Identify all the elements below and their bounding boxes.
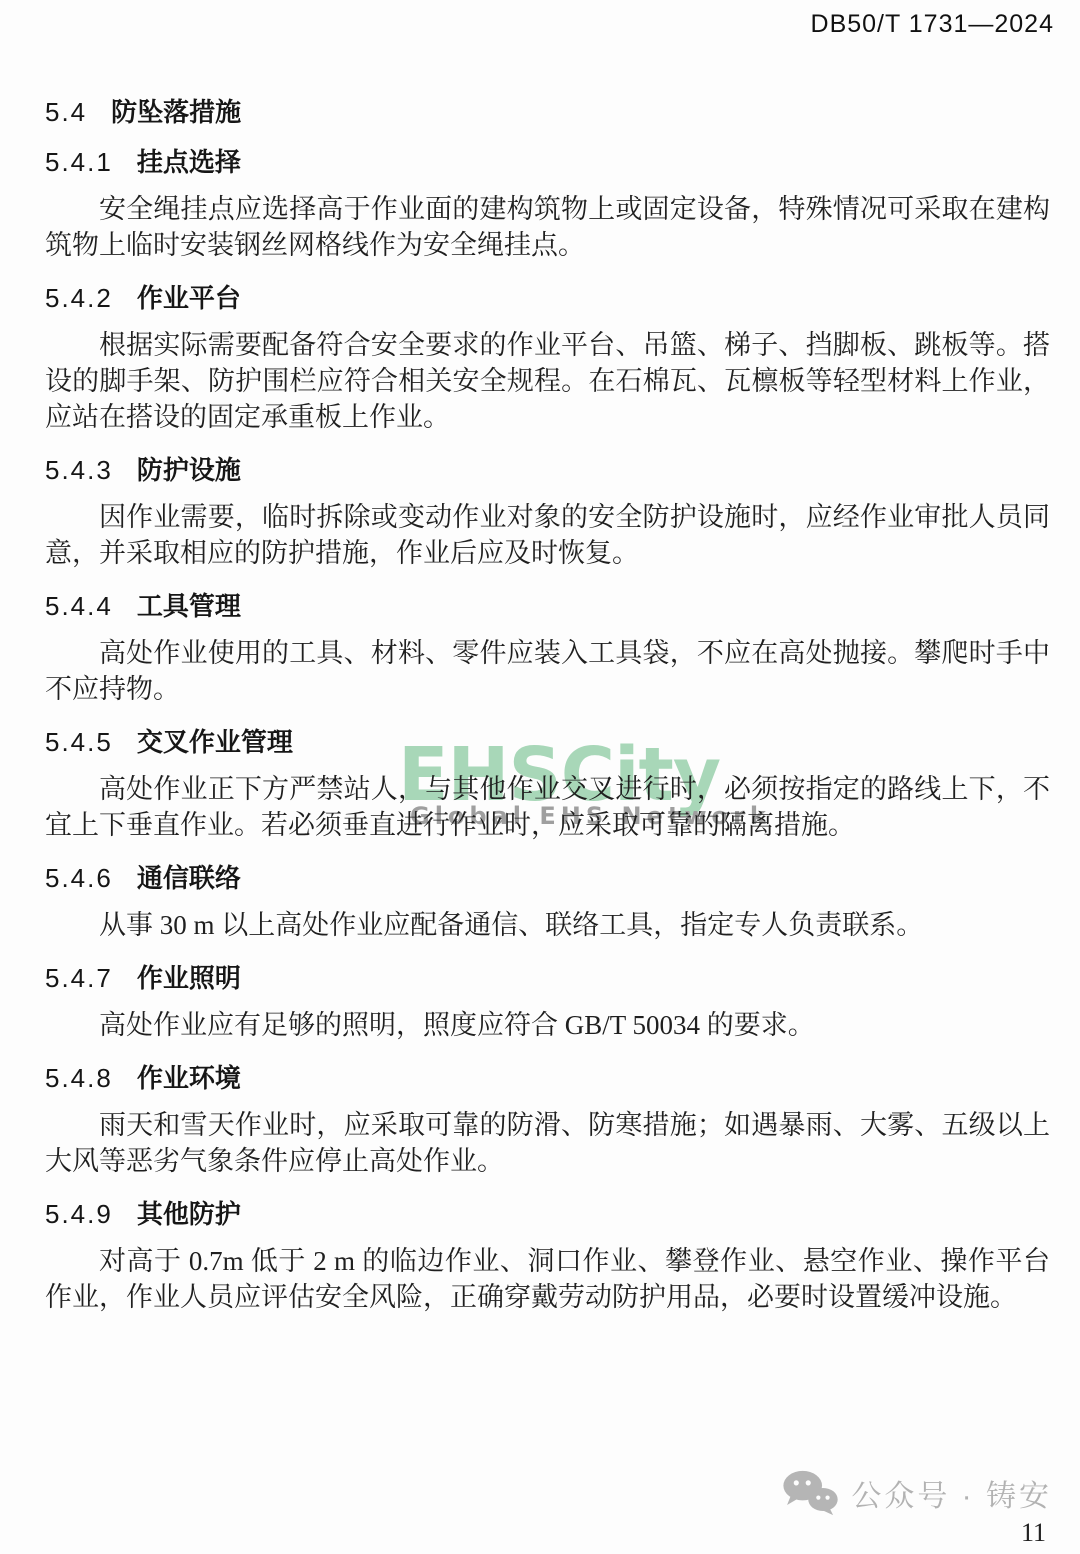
section-paragraph: 根据实际需要配备符合安全要求的作业平台、吊篮、梯子、挡脚板、跳板等。搭设的脚手架… <box>45 327 1050 435</box>
section-title: 作业环境 <box>137 1063 241 1093</box>
section-number: 5.4.8 <box>45 1063 113 1093</box>
section-heading: 5.4.2作业平台 <box>45 283 1050 313</box>
section-title: 交叉作业管理 <box>137 727 293 757</box>
section-paragraph: 高处作业使用的工具、材料、零件应装入工具袋，不应在高处抛接。攀爬时手中不应持物。 <box>45 635 1050 707</box>
section-number: 5.4.1 <box>45 147 113 177</box>
section-heading: 5.4.9其他防护 <box>45 1199 1050 1229</box>
section-heading: 5.4.1挂点选择 <box>45 147 1050 177</box>
section-title: 挂点选择 <box>137 147 241 177</box>
page-number: 11 <box>781 1518 1052 1548</box>
wechat-icon <box>781 1470 841 1516</box>
section-title: 其他防护 <box>137 1199 241 1229</box>
section-heading: 5.4.5交叉作业管理 <box>45 727 1050 757</box>
section-number: 5.4 <box>45 97 87 127</box>
section-heading: 5.4.7作业照明 <box>45 963 1050 993</box>
wechat-badge: 公众号 · 铸安 <box>781 1470 1052 1516</box>
doc-number: DB50/T 1731—2024 <box>811 10 1054 38</box>
section-paragraph: 安全绳挂点应选择高于作业面的建构筑物上或固定设备，特殊情况可采取在建构筑物上临时… <box>45 191 1050 263</box>
section-paragraph: 雨天和雪天作业时，应采取可靠的防滑、防寒措施；如遇暴雨、大雾、五级以上大风等恶劣… <box>45 1107 1050 1179</box>
section-paragraph: 对高于 0.7m 低于 2 m 的临边作业、洞口作业、攀登作业、悬空作业、操作平… <box>45 1243 1050 1315</box>
section-paragraph: 因作业需要，临时拆除或变动作业对象的安全防护设施时，应经作业审批人员同意，并采取… <box>45 499 1050 571</box>
wechat-account-label: 公众号 · 铸安 <box>851 1471 1052 1515</box>
document-page: DB50/T 1731—2024 EHSCity Global EHS Netw… <box>0 0 1080 1554</box>
section-number: 5.4.6 <box>45 863 113 893</box>
section-title: 工具管理 <box>137 591 241 621</box>
section-number: 5.4.3 <box>45 455 113 485</box>
section-heading: 5.4.8作业环境 <box>45 1063 1050 1093</box>
section-title: 通信联络 <box>137 863 241 893</box>
document-body: 5.4防坠落措施5.4.1挂点选择安全绳挂点应选择高于作业面的建构筑物上或固定设… <box>0 97 1080 1315</box>
section-title: 防护设施 <box>137 455 241 485</box>
page-header: DB50/T 1731—2024 <box>0 0 1080 39</box>
section-number: 5.4.9 <box>45 1199 113 1229</box>
section-paragraph: 从事 30 m 以上高处作业应配备通信、联络工具，指定专人负责联系。 <box>45 907 1050 943</box>
page-footer: 公众号 · 铸安 11 <box>781 1470 1052 1548</box>
section-heading: 5.4.3防护设施 <box>45 455 1050 485</box>
section-title: 作业照明 <box>137 963 241 993</box>
section-title: 防坠落措施 <box>111 97 241 127</box>
section-heading: 5.4防坠落措施 <box>45 97 1050 127</box>
section-heading: 5.4.4工具管理 <box>45 591 1050 621</box>
section-heading: 5.4.6通信联络 <box>45 863 1050 893</box>
section-paragraph: 高处作业应有足够的照明，照度应符合 GB/T 50034 的要求。 <box>45 1007 1050 1043</box>
section-paragraph: 高处作业正下方严禁站人，与其他作业交叉进行时，必须按指定的路线上下，不宜上下垂直… <box>45 771 1050 843</box>
section-number: 5.4.7 <box>45 963 113 993</box>
section-number: 5.4.5 <box>45 727 113 757</box>
section-number: 5.4.4 <box>45 591 113 621</box>
section-title: 作业平台 <box>137 283 241 313</box>
section-number: 5.4.2 <box>45 283 113 313</box>
